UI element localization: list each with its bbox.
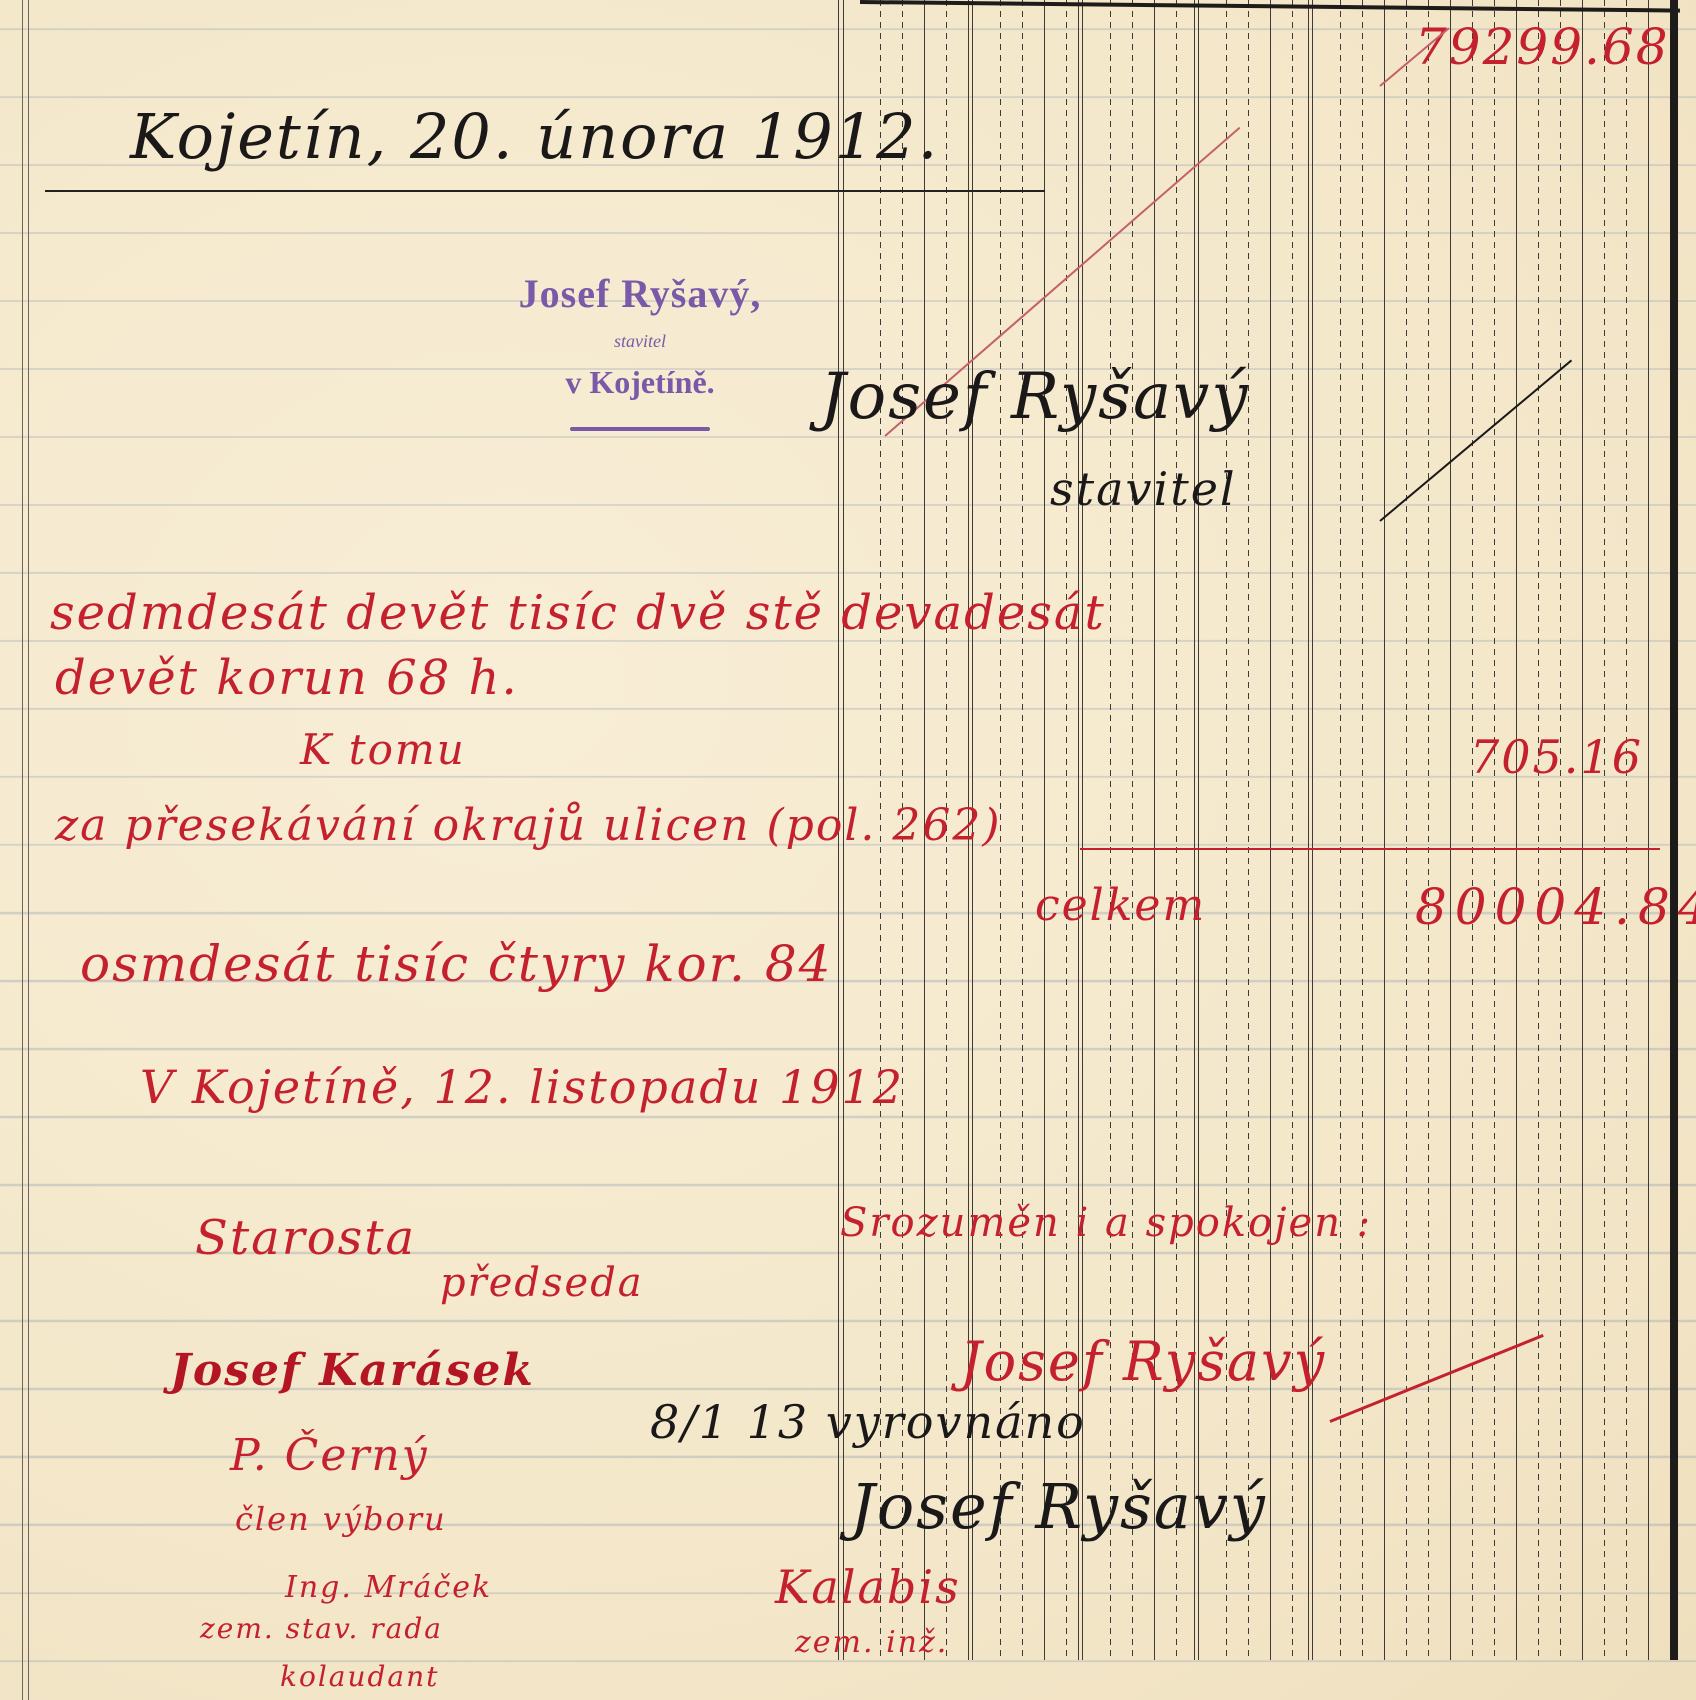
closing-place-date: V Kojetíně, 12. listopadu 1912 (140, 1060, 904, 1114)
signature-black-bottom: Josef Ryšavý (850, 1470, 1267, 1543)
stamp-place: v Kojetíně. (440, 364, 840, 401)
acceptance-note: Srozuměn i a spokojen : (840, 1200, 1372, 1246)
signature-top-name: Josef Ryšavý (820, 360, 1249, 434)
signature-top-title: stavitel (1050, 462, 1237, 516)
place-date: Kojetín, 20. února 1912. (130, 100, 939, 173)
signature-kalabis: Kalabis (775, 1560, 961, 1614)
stamp-role: stavitel (440, 331, 840, 352)
signature-cerny-title: člen výboru (235, 1500, 447, 1538)
amount-in-words-line1: sedmdesát devět tisíc dvě stě devadesát (50, 585, 1106, 641)
signature-cerny: P. Černý (230, 1430, 429, 1481)
k-tomu-label: K tomu (300, 725, 466, 774)
k-tomu-amount: 705.16 (1470, 730, 1643, 784)
heading-predseda: předseda (440, 1260, 644, 1306)
amount-in-words-line2: devět korun 68 h. (55, 650, 519, 706)
total-label: celkem (1035, 880, 1206, 931)
signature-mracek-title2: kolaudant (280, 1660, 439, 1693)
total-in-words: osmdesát tisíc čtyry kor. 84 (80, 935, 832, 993)
item-description: za přesekávání okrajů ulicen (pol. 262) (55, 800, 1002, 851)
signature-kalabis-title: zem. inž. (795, 1625, 948, 1660)
stamp-name: Josef Ryšavý, (440, 270, 840, 317)
signature-mracek: Ing. Mráček (285, 1570, 492, 1605)
builder-stamp: Josef Ryšavý, stavitel v Kojetíně. (440, 270, 840, 431)
margin-line (22, 0, 23, 1700)
signature-mracek-title: zem. stav. rada (200, 1612, 443, 1645)
sum-underline (1080, 848, 1660, 850)
signature-karasek: Josef Karásek (170, 1345, 535, 1396)
heading-starosta: Starosta (195, 1210, 416, 1266)
margin-line (28, 0, 29, 1700)
header-amount: 79299.68 (1415, 18, 1670, 76)
total-amount: 80004.84 (1415, 878, 1696, 936)
paid-note: 8/1 13 vyrovnáno (650, 1395, 1086, 1449)
signature-red: Josef Ryšavý (960, 1330, 1326, 1393)
stamp-flourish (570, 427, 710, 431)
date-underline (45, 190, 1045, 192)
